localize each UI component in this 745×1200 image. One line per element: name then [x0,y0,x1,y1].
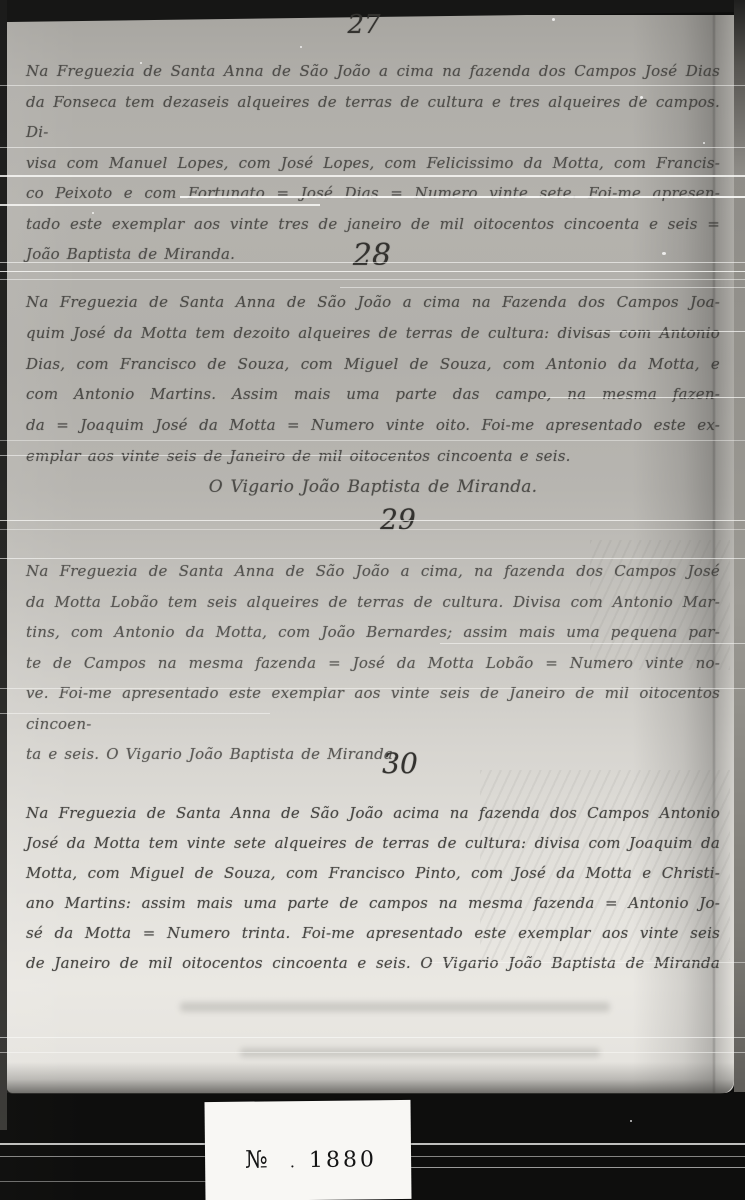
dust-speck [552,18,555,21]
handwritten-line: Na Freguezia de Santa Anna de São João a… [26,556,720,587]
registry-entry-29: 29 Na Freguezia de Santa Anna de São Joã… [26,506,720,770]
registry-entry-27: 27 Na Freguezia de Santa Anna de São Joã… [26,12,720,270]
scratch-line [0,271,745,272]
scratch-line [0,175,745,177]
handwritten-line: Na Freguezia de Santa Anna de São João a… [26,56,720,87]
handwritten-line: Na Freguezia de Santa Anna de São João a… [26,287,720,318]
scratch-line [0,520,745,521]
dust-speck [140,62,142,64]
handwritten-line: emplar aos vinte seis de Janeiro de mil … [26,441,720,472]
entry-number: 30 [370,750,430,778]
entry-text: Na Freguezia de Santa Anna de São João a… [26,287,720,503]
scan-margin-left [0,0,7,1130]
scanned-document-page: 27 Na Freguezia de Santa Anna de São Joã… [0,0,745,1200]
handwritten-line: tado este exemplar aos vinte tres de jan… [26,209,720,240]
registry-entry-30: 30 Na Freguezia de Santa Anna de São Joã… [26,750,720,978]
scratch-line [0,558,745,559]
scratch-line [0,262,745,263]
vicar-signature: O Vigario João Baptista de Miranda. [26,472,720,503]
scratch-line [0,688,745,689]
scratch-line [0,85,745,86]
scratch-line [590,331,745,332]
handwritten-line: sé da Motta = Numero trinta. Foi-me apre… [26,918,720,948]
scratch-line [0,147,745,148]
dust-speck [92,212,94,214]
handwritten-line: José da Motta tem vinte sete alqueires d… [26,828,720,858]
handwritten-line: ano Martins: assim mais uma parte de cam… [26,888,720,918]
handwritten-line: da Motta Lobão tem seis alqueires de ter… [26,587,720,618]
dust-speck [640,96,643,99]
registry-number: № . 1880 [245,1144,411,1174]
scratch-line [340,287,745,288]
scratch-line [0,713,270,714]
scratch-line [0,440,745,441]
scratch-line [540,397,745,398]
dust-speck [703,142,705,144]
scratch-line [0,1037,745,1038]
scratch-line [0,1052,745,1053]
scan-margin-right [734,0,745,1092]
scratch-line [0,529,745,530]
handwritten-line: da = Joaquim José da Motta = Numero vint… [26,410,720,441]
ghost-writing-smudge [180,1002,610,1012]
entry-text: Na Freguezia de Santa Anna de São João a… [26,798,720,978]
handwritten-line: de Janeiro de mil oitocentos cincoenta e… [26,948,720,978]
dust-speck [630,1120,632,1122]
handwritten-line: com Antonio Martins. Assim mais uma part… [26,379,720,410]
registry-number-card: № . 1880 [204,1100,411,1200]
entry-number: 27 [334,12,394,38]
scratch-line [0,455,420,456]
scratch-line [440,643,745,644]
scratch-line [0,279,745,280]
handwritten-line: visa com Manuel Lopes, com José Lopes, c… [26,148,720,179]
scratch-line [0,204,320,206]
scratch-line [430,962,745,963]
handwritten-line: te de Campos na mesma fazenda = José da … [26,648,720,679]
dust-speck [300,46,302,48]
handwritten-line: Na Freguezia de Santa Anna de São João a… [26,798,720,828]
entry-text: Na Freguezia de Santa Anna de São João a… [26,556,720,770]
scratch-line [180,196,745,198]
handwritten-line: Dias, com Francisco de Souza, com Miguel… [26,349,720,380]
handwritten-line: da Fonseca tem dezaseis alqueires de ter… [26,87,720,148]
dust-speck [662,252,666,255]
numero-sign: № [245,1145,268,1173]
handwritten-line: Motta, com Miguel de Souza, com Francisc… [26,858,720,888]
page-bottom-shadow [7,1062,734,1094]
registry-entry-28: 28 Na Freguezia de Santa Anna de São Joã… [26,241,720,503]
registry-number-value: 1880 [309,1147,377,1173]
handwritten-line: quim José da Motta tem dezoito alqueires… [26,318,720,349]
separator-dot: . [290,1152,295,1171]
entry-number: 28 [342,241,402,271]
